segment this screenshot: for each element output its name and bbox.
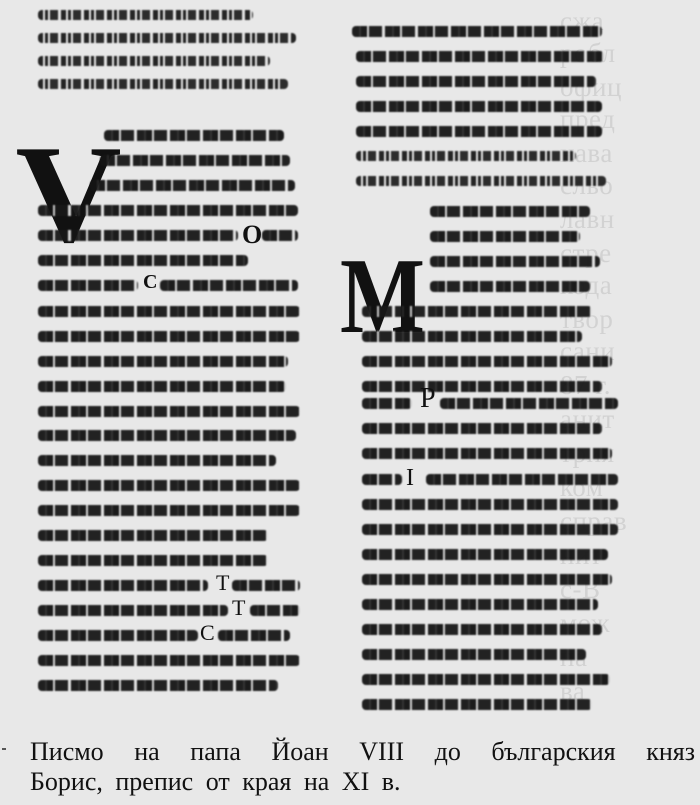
manuscript-line <box>160 280 298 291</box>
caption-line-2: Борис, препис от края на XI в. <box>30 767 695 797</box>
manuscript-line <box>100 155 290 166</box>
manuscript-line <box>362 674 610 685</box>
marginal-initial: I <box>406 466 414 490</box>
decorated-initial-v: V <box>15 125 121 265</box>
marginal-initial: O <box>242 222 262 248</box>
manuscript-line <box>38 56 270 66</box>
manuscript-line <box>430 206 590 217</box>
manuscript-line <box>232 580 300 591</box>
manuscript-line <box>38 205 298 216</box>
manuscript-line <box>38 680 278 691</box>
manuscript-line <box>356 151 576 161</box>
manuscript-line <box>38 580 208 591</box>
manuscript-line <box>38 255 248 266</box>
manuscript-line <box>38 331 300 342</box>
manuscript-line <box>90 180 295 191</box>
book-page: сжа робл офиц пред нава сльо лавн стре к… <box>0 0 700 805</box>
manuscript-line <box>218 630 290 641</box>
manuscript-line <box>356 126 602 137</box>
marginal-initial: C <box>143 272 157 292</box>
manuscript-image: V O C T T C <box>0 0 700 720</box>
manuscript-line <box>362 624 602 635</box>
manuscript-line <box>38 430 296 441</box>
manuscript-line <box>440 398 618 409</box>
manuscript-line <box>262 230 298 241</box>
manuscript-line <box>38 33 296 43</box>
manuscript-line <box>356 176 606 186</box>
manuscript-line <box>38 79 288 89</box>
marginal-initial: C <box>200 622 215 644</box>
manuscript-line <box>426 474 618 485</box>
manuscript-line <box>362 699 592 710</box>
manuscript-line <box>362 649 586 660</box>
manuscript-line <box>38 356 288 367</box>
manuscript-line <box>362 423 602 434</box>
manuscript-line <box>38 306 300 317</box>
manuscript-line <box>362 381 602 392</box>
manuscript-line <box>352 26 602 37</box>
manuscript-line <box>362 356 612 367</box>
manuscript-line <box>362 398 412 409</box>
manuscript-line <box>356 51 604 62</box>
manuscript-line <box>430 256 600 267</box>
manuscript-line <box>362 474 402 485</box>
manuscript-line <box>362 574 612 585</box>
manuscript-line <box>38 480 300 491</box>
manuscript-line <box>38 655 300 666</box>
manuscript-line <box>356 101 602 112</box>
manuscript-line <box>356 76 596 87</box>
manuscript-line <box>104 130 284 141</box>
manuscript-line <box>38 555 268 566</box>
manuscript-line <box>430 231 580 242</box>
marginal-initial: T <box>216 572 229 594</box>
manuscript-line <box>38 230 238 241</box>
marginal-initial: P <box>420 385 436 413</box>
manuscript-line <box>38 10 253 20</box>
manuscript-line <box>362 499 618 510</box>
caption-line-1: Писмо на папа Йоан VIII до българския кн… <box>30 737 695 767</box>
manuscript-line <box>38 280 138 291</box>
manuscript-line <box>38 505 300 516</box>
manuscript-line <box>38 630 198 641</box>
manuscript-line <box>362 331 582 342</box>
manuscript-line <box>38 455 276 466</box>
manuscript-line <box>38 381 286 392</box>
figure-caption: Писмо на папа Йоан VIII до българския кн… <box>30 737 695 797</box>
marginal-initial: T <box>232 597 245 619</box>
manuscript-line <box>362 524 618 535</box>
manuscript-line <box>430 281 590 292</box>
manuscript-line <box>362 448 612 459</box>
manuscript-line <box>362 306 592 317</box>
manuscript-line <box>38 605 228 616</box>
manuscript-line <box>250 605 300 616</box>
manuscript-line <box>38 406 300 417</box>
manuscript-line <box>362 549 608 560</box>
caption-bullet <box>2 748 6 750</box>
manuscript-line <box>38 530 268 541</box>
manuscript-line <box>362 599 598 610</box>
